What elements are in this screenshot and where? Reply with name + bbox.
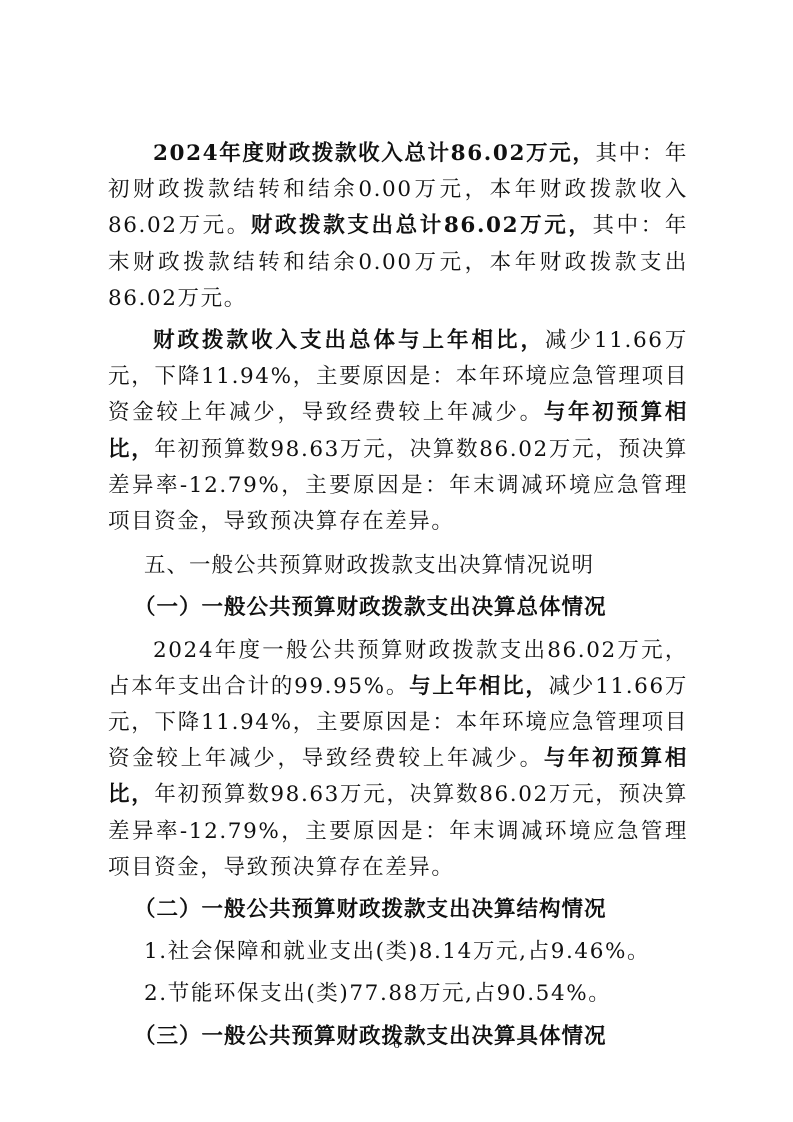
list-item: 2.节能环保支出(类)77.88万元,占90.54%。 <box>108 976 688 1012</box>
document-page: 2024年度财政拨款收入总计86.02万元，其中：年初财政拨款结转和结余0.00… <box>108 136 688 1055</box>
body-text: 年初预算数98.63万元，决算数86.02万元，预决算差异率-12.79%，主要… <box>108 437 688 534</box>
paragraph-revenue-summary: 2024年度财政拨款收入总计86.02万元，其中：年初财政拨款结转和结余0.00… <box>108 136 688 317</box>
subsection-title-overall: （一）一般公共预算财政拨款支出决算总体情况 <box>108 590 688 626</box>
list-item: 1.社会保障和就业支出(类)8.14万元,占9.46%。 <box>108 934 688 970</box>
bold-lead: 财政拨款支出总计86.02万元， <box>251 213 593 238</box>
paragraph-general-budget: 2024年度一般公共预算财政拨款支出86.02万元，占本年支出合计的99.95%… <box>108 633 688 886</box>
page-number: 6 <box>0 1036 793 1052</box>
paragraph-year-comparison: 财政拨款收入支出总体与上年相比，减少11.66万元，下降11.94%，主要原因是… <box>108 323 688 540</box>
bold-lead: 财政拨款收入支出总体与上年相比， <box>153 328 545 353</box>
bold-lead: 与上年相比， <box>409 674 549 699</box>
bold-lead: 2024年度财政拨款收入总计86.02万元， <box>153 141 595 166</box>
body-text: 年初预算数98.63万元，决算数86.02万元，预决算差异率-12.79%，主要… <box>108 782 688 879</box>
section-title: 五、一般公共预算财政拨款支出决算情况说明 <box>108 548 688 584</box>
subsection-title-structure: （二）一般公共预算财政拨款支出决算结构情况 <box>108 892 688 928</box>
